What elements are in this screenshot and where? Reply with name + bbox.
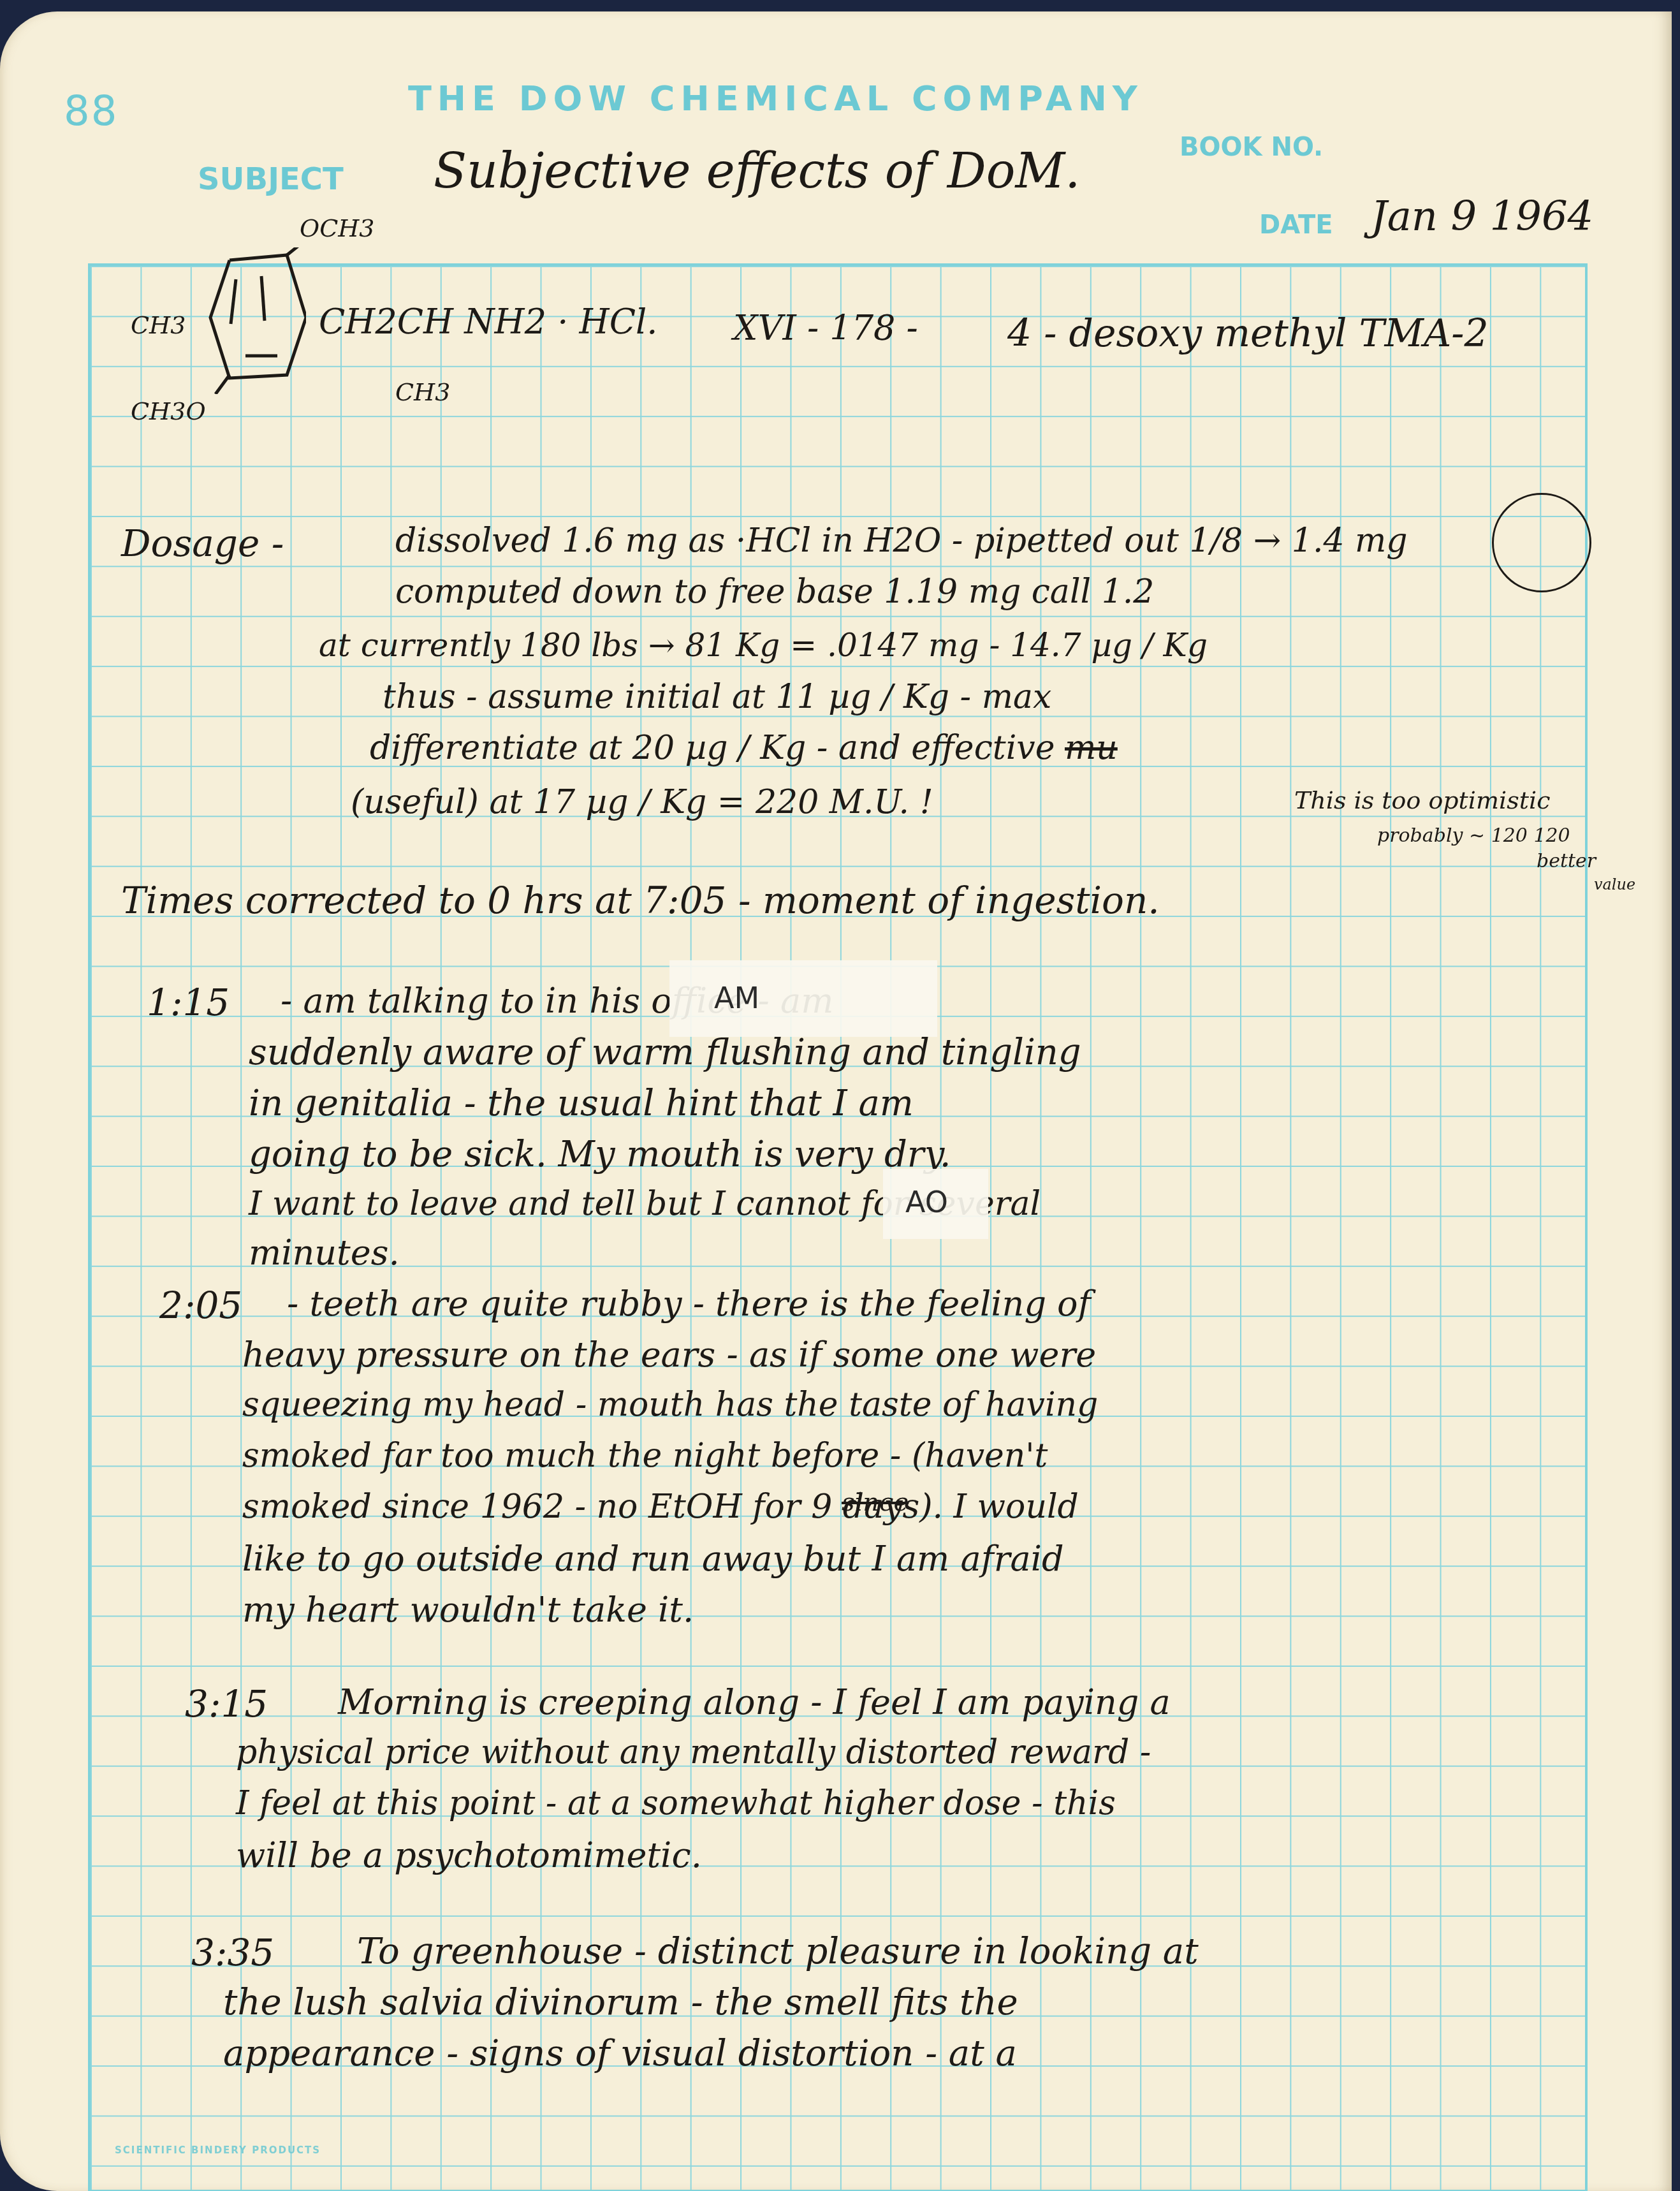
dosage-line-3: at currently 180 lbs → 81 Kg = .0147 mg … (319, 627, 1208, 664)
entry-line: going to be sick. My mouth is very dry. (249, 1134, 951, 1175)
circled-value-ring (1492, 493, 1591, 592)
page-number: 88 (64, 88, 118, 135)
redacted-initials: AO (905, 1185, 948, 1219)
subject-value: Subjective effects of DoM. (434, 142, 1080, 199)
notebook-page: 88 THE DOW CHEMICAL COMPANY BOOK NO. SUB… (0, 11, 1672, 2191)
entry-line: will be a psychotomimetic. (236, 1835, 702, 1875)
dosage-line-5: differentiate at 20 µg / Kg - and effect… (370, 729, 1055, 767)
compound-name: 4 - desoxy methyl TMA-2 (1007, 311, 1489, 356)
entry-line: suddenly aware of warm flushing and ting… (249, 1032, 1081, 1073)
entry-line: Morning is creeping along - I feel I am … (338, 1682, 1171, 1722)
margin-note-value: value (1594, 876, 1635, 893)
entry-line: heavy pressure on the ears - as if some … (242, 1335, 1096, 1375)
redaction-patch (669, 960, 937, 1037)
subject-label: SUBJECT (198, 161, 344, 197)
compound-code: XVI - 178 - (733, 308, 918, 348)
entry-line: smoked since 1962 - no EtOH for 9 days).… (242, 1488, 1079, 1526)
entry-line: squeezing my head - mouth has the taste … (242, 1386, 1098, 1424)
dosage-struck-word: mu (1065, 729, 1118, 767)
substituent-och3: OCH3 (300, 214, 375, 242)
margin-note-probably: probably ~ 120 120 (1377, 824, 1570, 847)
margin-note-optimistic: This is too optimistic (1294, 786, 1550, 814)
entry-line: minutes. (249, 1233, 400, 1273)
side-chain: CH2CH NH2 · HCl. (319, 302, 657, 342)
entry-line: my heart wouldn't take it. (242, 1590, 694, 1630)
printer-imprint: SCIENTIFIC BINDERY PRODUCTS (115, 2144, 321, 2156)
redacted-initials: AM (714, 981, 759, 1015)
dosage-line-1: dissolved 1.6 mg as ·HCl in H2O - pipett… (395, 522, 1408, 560)
times-corrected-line: Times corrected to 0 hrs at 7:05 - momen… (121, 879, 1160, 922)
entry-time: 2:05 (159, 1284, 242, 1327)
entry-time: 3:15 (185, 1682, 268, 1726)
dosage-line-2: computed down to free base 1.19 mg call … (395, 573, 1154, 611)
dosage-line-4: thus - assume initial at 11 µg / Kg - ma… (383, 678, 1051, 716)
entry-line: - teeth are quite rubby - there is the f… (287, 1284, 1091, 1324)
benzene-ring-icon (204, 247, 306, 394)
entry-line: To greenhouse - distinct pleasure in loo… (357, 1931, 1199, 1972)
entry-time: 1:15 (147, 981, 230, 1024)
entry-time: 3:35 (191, 1931, 274, 1974)
entry-line: the lush salvia divinorum - the smell fi… (223, 1982, 1018, 2023)
substituent-ch3o: CH3O (131, 397, 206, 425)
company-header: THE DOW CHEMICAL COMPANY (408, 78, 1143, 119)
struck-word: since (842, 1488, 909, 1517)
entry-line: in genitalia - the usual hint that I am (249, 1083, 914, 1124)
dosage-label: Dosage - (121, 522, 284, 565)
entry-line: physical price without any mentally dist… (236, 1733, 1151, 1771)
entry-line: appearance - signs of visual distortion … (223, 2033, 1017, 2074)
date-label: DATE (1259, 210, 1333, 240)
entry-line: like to go outside and run away but I am… (242, 1539, 1064, 1579)
substituent-ch3: CH3 (131, 311, 186, 339)
entry-line: smoked far too much the night before - (… (242, 1437, 1048, 1475)
book-no-label: BOOK NO. (1180, 133, 1323, 162)
margin-note-better: better (1537, 850, 1596, 872)
date-value: Jan 9 1964 (1371, 193, 1593, 240)
dosage-line-6: (useful) at 17 µg / Kg = 220 M.U. ! (351, 783, 933, 821)
side-chain-methyl: CH3 (395, 378, 450, 406)
entry-line: I feel at this point - at a somewhat hig… (236, 1784, 1116, 1822)
